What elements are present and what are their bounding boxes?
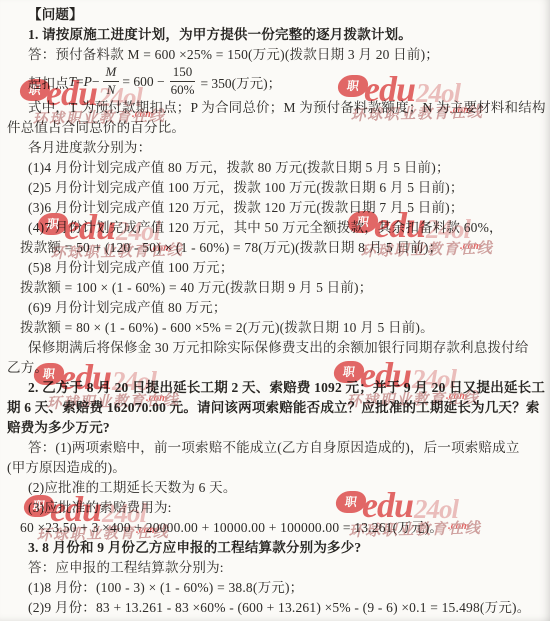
question-2-line-1: 2. 乙方于 8 月 20 日提出延长工期 2 天、索赔费 1092 元；并于 … (7, 378, 546, 398)
april-payment: (1)4 月份计划完成产值 80 万元，拨款 80 万元(拨款日期 5 月 5 … (7, 158, 546, 178)
answer2-extension-days: (2)应批准的工期延长天数为 6 天。 (7, 478, 546, 498)
formula-deduction-point: 起扣点 T = P − MN = 600 − 15060% = 350(万元)； (7, 65, 546, 98)
problem-header: 【问题】 (7, 5, 546, 25)
formula-label: 起扣点 (28, 72, 69, 92)
september-output: (6)9 月份计划完成产值 80 万元； (7, 298, 546, 318)
august-output: (5)8 月份计划完成产值 100 万元； (7, 258, 546, 278)
june-payment: (3)6 月份计划完成产值 120 万元，拨款 120 万元(拨款日期 7 月 … (7, 198, 546, 218)
formula-eq2: = 600 − (122, 74, 164, 90)
question-3: 3. 8 月份和 9 月份乙方应申报的工程结算款分别为多少? (7, 538, 546, 558)
answer2-claim-cost-label: (3)应批准的索赔费用为: (7, 498, 546, 518)
fraction-denominator: 60% (168, 82, 198, 98)
monthly-payments-intro: 各月进度款分别为： (7, 138, 546, 158)
answer3-september: (2)9 月份：83 + 13.261 - 83 ×60% - (600 + 1… (7, 598, 546, 618)
july-payment-formula: 拨款额 = 50 + (120 - 50) × (1 - 60%) = 78(万… (7, 238, 546, 258)
answer2-claim-cost-formula: 60 ×23.50 + 3 ×400 + 20000.00 + 10000.00… (7, 518, 546, 538)
formula-var-p: P (84, 74, 92, 90)
document-page: 【问题】 1. 请按原施工进度计划，为甲方提供一份完整的逐月拨款计划。 答：预付… (0, 0, 550, 618)
warranty-note-1: 保修期满后将保修金 30 万元扣除实际保修费支出的余额加银行同期存款利息拨付给 (7, 338, 546, 358)
fraction-denominator: N (104, 82, 119, 98)
warranty-note-2: 乙方。 (7, 358, 546, 378)
question-2-line-2: 期 6 天、索赔费 162070.00 元。请问该两项索赔能否成立？应批准的工期… (7, 398, 546, 418)
formula-legend-2: 件总值占合同总价的百分比。 (7, 118, 546, 138)
formula-minus: − (92, 74, 100, 90)
may-payment: (2)5 月份计划完成产值 100 万元，拨款 100 万元(拨款日期 6 月 … (7, 178, 546, 198)
answer3-august: (1)8 月份：(100 - 3) × (1 - 60%) = 38.8(万元)… (7, 578, 546, 598)
fraction-numerator: M (103, 65, 120, 82)
answer2-validity-1: 答：(1)两项索赔中，前一项索赔不能成立(乙方自身原因造成的)，后一项索赔成立 (7, 438, 546, 458)
formula-legend-1: 式中，T 为预付款期扣点；P 为合同总价；M 为预付备料款额度；N 为主要材料和… (7, 98, 546, 118)
formula-eq1: = (76, 74, 84, 90)
formula-var-t: T (69, 74, 77, 90)
question-1: 1. 请按原施工进度计划，为甲方提供一份完整的逐月拨款计划。 (7, 25, 546, 45)
august-payment-formula: 拨款额 = 100 × (1 - 60%) = 40 万元(拨款日期 9 月 5… (7, 278, 546, 298)
answer1-prepayment: 答：预付备料款 M = 600 ×25% = 150(万元)(拨款日期 3 月 … (7, 45, 546, 65)
answer3-intro: 答：应申报的工程结算款分别为: (7, 558, 546, 578)
answer2-validity-2: (甲方原因造成的)。 (7, 458, 546, 478)
fraction-numerator: 150 (170, 65, 196, 82)
formula-result: = 350(万元)； (200, 72, 281, 92)
september-payment-formula: 拨款额 = 80 × (1 - 60%) - 600 ×5% = 2(万元)(拨… (7, 318, 546, 338)
july-payment-note: (4)7 月份计划完成产值 120 万元，其中 50 万元全额拨款，其余扣备料款… (7, 218, 546, 238)
fraction-m-over-n: MN (103, 65, 120, 98)
question-2-line-3: 赔费为多少万元? (7, 418, 546, 438)
fraction-150-over-60pct: 15060% (168, 65, 198, 98)
